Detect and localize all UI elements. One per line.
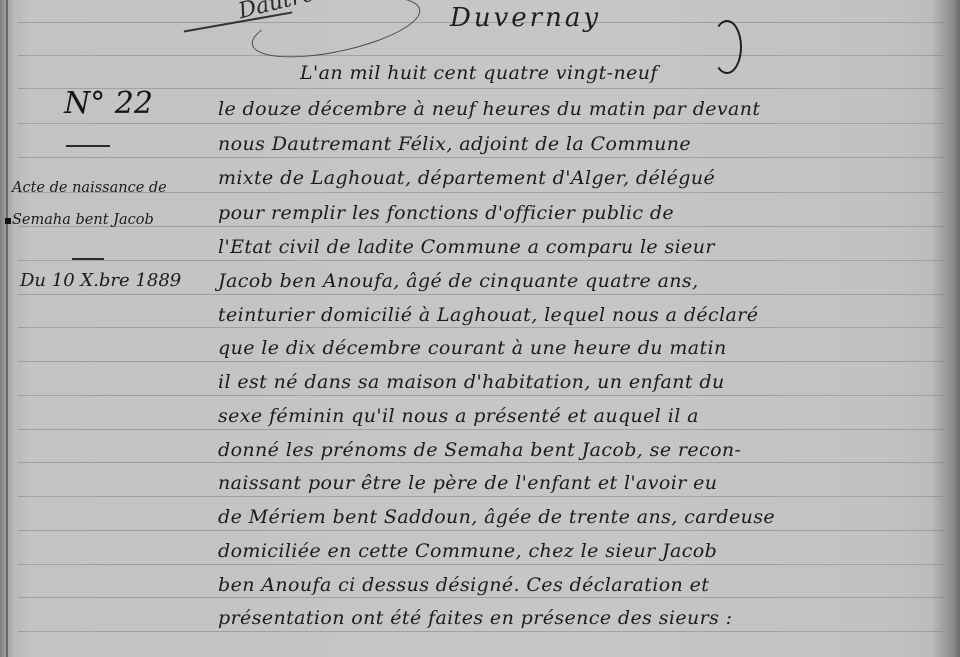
signature-duvernay: Duvernay [450, 3, 601, 33]
body-line: pour remplir les fonctions d'officier pu… [218, 202, 674, 224]
ruled-line [18, 260, 943, 261]
body-line: que le dix décembre courant à une heure … [218, 337, 727, 359]
ruled-line [18, 361, 943, 362]
ruled-line [18, 294, 943, 295]
margin-divider [72, 258, 104, 260]
ruled-line [18, 530, 943, 531]
ruled-line [18, 564, 943, 565]
underline [66, 145, 110, 147]
body-line: sexe féminin qu'il nous a présenté et au… [218, 405, 699, 427]
body-line: mixte de Laghouat, département d'Alger, … [218, 167, 715, 189]
body-line: le douze décembre à neuf heures du matin… [218, 98, 760, 120]
body-line: nous Dautremant Félix, adjoint de la Com… [218, 133, 691, 155]
ruled-line [18, 55, 943, 56]
body-line: il est né dans sa maison d'habitation, u… [218, 371, 725, 393]
ruled-line [18, 157, 943, 158]
binding-mark [5, 218, 11, 224]
ruled-line [18, 462, 943, 463]
margin-note-name: Semaha bent Jacob [12, 212, 154, 228]
ruled-line [18, 123, 943, 124]
ruled-line [18, 597, 943, 598]
body-line: donné les prénoms de Semaha bent Jacob, … [218, 439, 741, 461]
ruled-line [18, 395, 943, 396]
ruled-line [18, 88, 943, 89]
body-line: présentation ont été faites en présence … [218, 607, 732, 629]
body-line: l'Etat civil de ladite Commune a comparu… [218, 236, 715, 258]
body-line: L'an mil huit cent quatre vingt-neuf [300, 62, 658, 84]
acte-number: N° 22 [64, 86, 153, 121]
signature-flourish [712, 20, 742, 74]
margin-date: Du 10 X.bre 1889 [20, 270, 181, 291]
ruled-line [18, 226, 943, 227]
body-line: de Mériem bent Saddoun, âgée de trente a… [218, 506, 775, 528]
margin-note-title: Acte de naissance de [12, 180, 167, 196]
body-line: domiciliée en cette Commune, chez le sie… [218, 540, 717, 562]
ruled-line [18, 429, 943, 430]
register-page: Dautremant Duvernay N° 22 Acte de naissa… [0, 0, 960, 657]
ruled-line [18, 631, 943, 632]
binding-edge [6, 0, 8, 657]
body-line: naissant pour être le père de l'enfant e… [218, 472, 717, 494]
ruled-line [18, 327, 943, 328]
body-line: ben Anoufa ci dessus désigné. Ces déclar… [218, 574, 709, 596]
ruled-line [18, 496, 943, 497]
body-line: Jacob ben Anoufa, âgé de cinquante quatr… [218, 270, 699, 292]
body-line: teinturier domicilié à Laghouat, lequel … [218, 304, 758, 326]
